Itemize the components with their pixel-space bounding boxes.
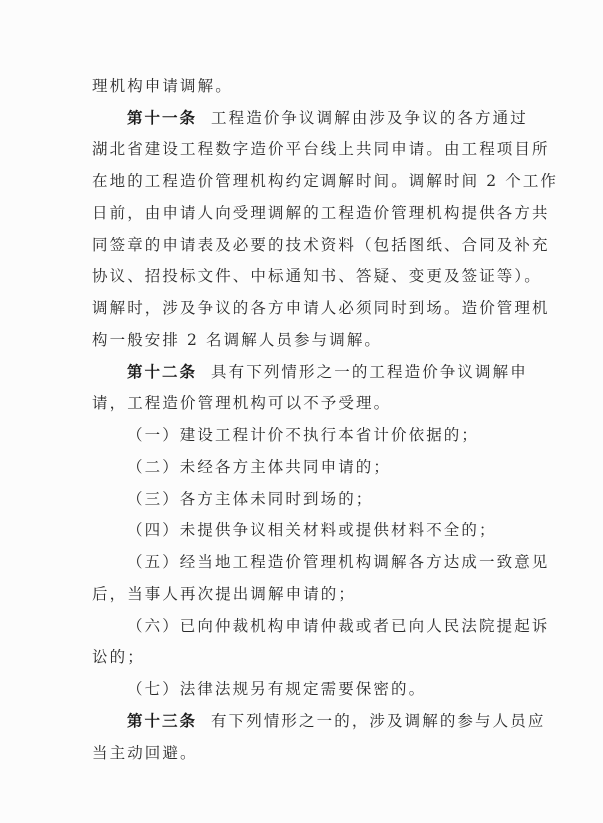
text-line: 调解时，涉及争议的各方申请人必须同时到场。造价管理机 [92, 292, 550, 324]
article-11-line: 第十一条工程造价争议调解由涉及争议的各方通过 [127, 102, 528, 134]
list-item: （六）已向仲裁机构申请仲裁或者已向人民法院提起诉 [127, 610, 549, 642]
article-number: 第十二条 [127, 363, 197, 381]
list-item: （七）法律法规另有规定需要保密的。 [127, 673, 426, 705]
text-line: 湖北省建设工程数字造价平台线上共同申请。由工程项目所 [92, 133, 550, 165]
text-line: 协议、招投标文件、中标通知书、答疑、变更及签证等）。 [92, 260, 542, 292]
article-text: 工程造价争议调解由涉及争议的各方通过 [211, 109, 528, 127]
article-number: 第十三条 [127, 712, 197, 730]
list-item: （五）经当地工程造价管理机构调解各方达成一致意见 [127, 546, 549, 578]
article-text: 有下列情形之一的，涉及调解的参与人员应 [211, 712, 545, 730]
list-item: （一）建设工程计价不执行本省计价依据的； [127, 419, 479, 451]
article-number: 第十一条 [127, 109, 197, 127]
text-line: 构一般安排 2 名调解人员参与调解。 [92, 324, 382, 356]
list-item: （三）各方主体未同时到场的； [127, 483, 373, 515]
article-13-line: 第十三条有下列情形之一的，涉及调解的参与人员应 [127, 705, 545, 737]
list-item: （二）未经各方主体共同申请的； [127, 451, 391, 483]
text-line: 在地的工程造价管理机构约定调解时间。调解时间 2 个工作 [92, 165, 558, 197]
text-line: 日前，由申请人向受理调解的工程造价管理机构提供各方共 [92, 197, 550, 229]
text-line: 讼的； [92, 641, 145, 673]
document-page: 理机构申请调解。 第十一条工程造价争议调解由涉及争议的各方通过 湖北省建设工程数… [0, 0, 603, 823]
article-text: 具有下列情形之一的工程造价争议调解申 [211, 363, 528, 381]
text-line: 理机构申请调解。 [92, 70, 233, 102]
text-line: 同签章的申请表及必要的技术资料（包括图纸、合同及补充 [92, 229, 550, 261]
text-line: 请，工程造价管理机构可以不予受理。 [92, 387, 391, 419]
article-12-line: 第十二条具有下列情形之一的工程造价争议调解申 [127, 356, 528, 388]
list-item: （四）未提供争议相关材料或提供材料不全的； [127, 514, 497, 546]
text-line: 当主动回避。 [92, 737, 198, 769]
text-line: 后，当事人再次提出调解申请的； [92, 578, 356, 610]
